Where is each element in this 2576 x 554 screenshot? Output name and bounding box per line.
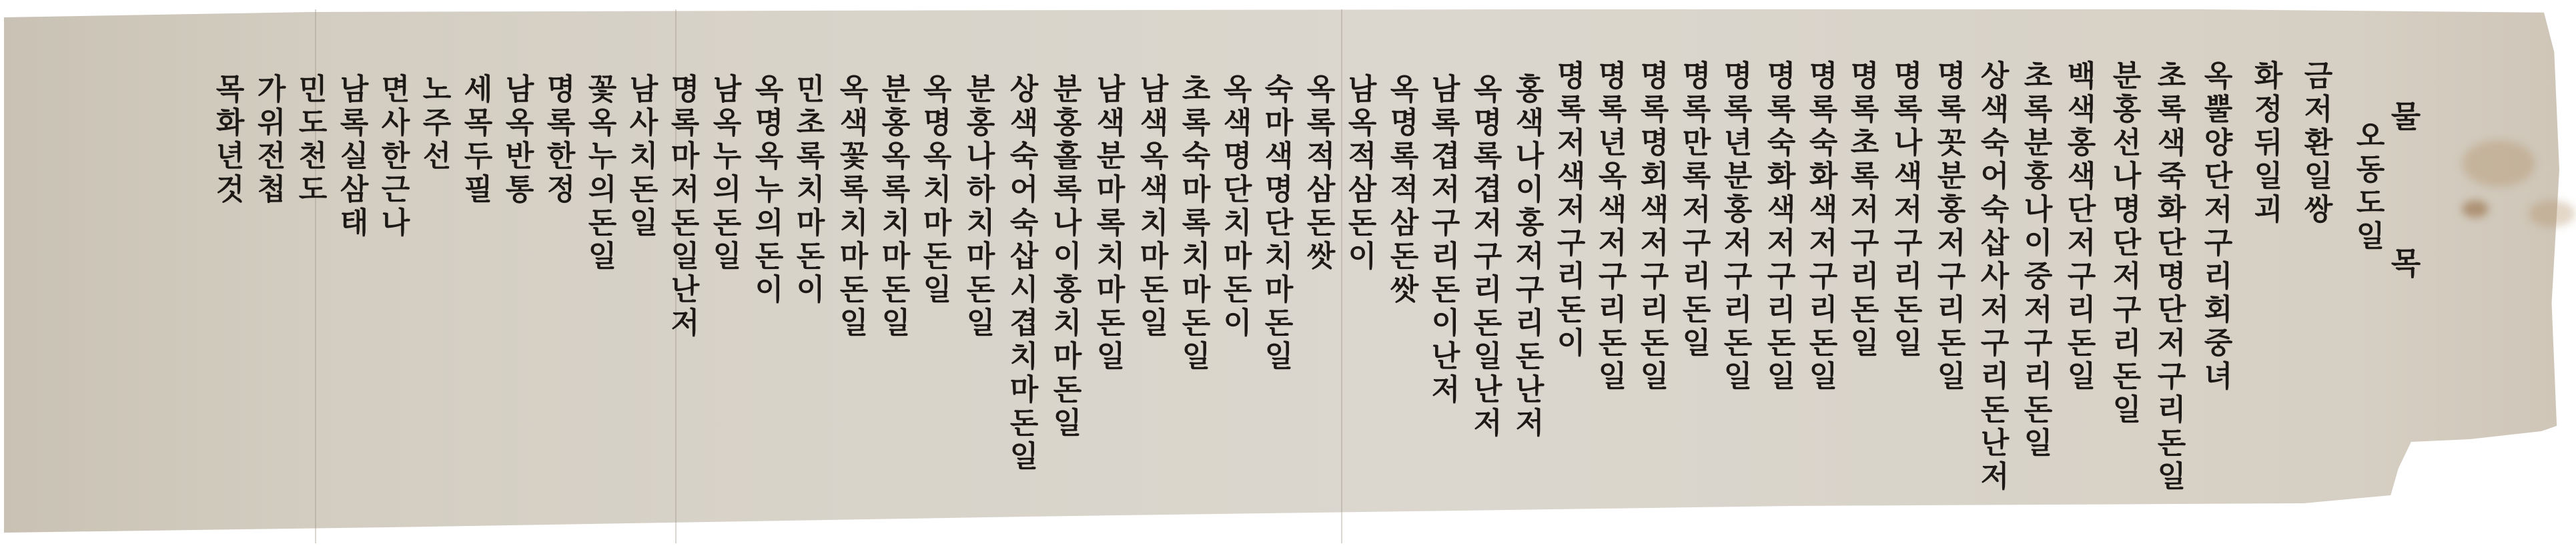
- text-column: 분홍옥록치마돈일: [878, 73, 907, 340]
- text-column: 명록한정: [543, 73, 572, 207]
- text-column: 옥색명단치마돈이: [1220, 73, 1249, 340]
- text-column: 명록숙화색저구리돈일: [1805, 60, 1835, 394]
- text-column: 남록실삼태: [336, 73, 366, 240]
- text-column: 남옥적삼돈이: [1344, 73, 1374, 274]
- text-column: 분홍선나명단저구리돈일: [2109, 60, 2138, 427]
- text-column: 명록숙화색저구리돈일: [1763, 60, 1793, 394]
- text-column: 명록마저돈일난저: [667, 73, 697, 340]
- text-column: 가위전첩: [254, 73, 283, 207]
- text-column: 옥명옥치마돈일: [919, 73, 949, 307]
- text-column: 옥명록적삼돈쌋: [1386, 73, 1416, 307]
- text-column: 금저환일쌍: [2300, 60, 2330, 227]
- text-column: 명록초록저구리돈일: [1847, 60, 1876, 360]
- text-column: 민도천도: [295, 73, 324, 207]
- document-title: 물 목: [2389, 100, 2419, 318]
- text-column: 꽃옥누의돈일: [584, 73, 614, 274]
- text-column: 명록꼿분홍저구리돈일: [1934, 60, 1963, 394]
- text-column: 홍색나이홍저구리돈난저: [1512, 73, 1541, 441]
- text-column: 화정뒤일괴: [2250, 60, 2280, 227]
- text-column: 남색분마록치마돈일: [1093, 73, 1122, 374]
- ink-spot: [2462, 200, 2489, 218]
- water-stain: [2529, 200, 2575, 227]
- text-column: 상색숙어숙삽시겹치마돈일: [1006, 73, 1035, 474]
- water-stain: [2462, 140, 2535, 187]
- text-column: 옥명록겹저구리돈일난저: [1470, 73, 1499, 441]
- text-column: 분홍나하치마돈일: [963, 73, 992, 340]
- text-column: 세목두필: [460, 73, 490, 207]
- text-column: 면사한근나: [378, 73, 407, 240]
- text-column: 상색숙어숙삽사저구리돈난저: [1977, 60, 2006, 494]
- text-column: 초록숙마록치마돈일: [1178, 73, 1208, 374]
- text-column: 숙마색명단치마돈일: [1261, 73, 1290, 374]
- text-column: 명록년분홍저구리돈일: [1720, 60, 1749, 394]
- text-column: 명록만록저구리돈일: [1679, 60, 1708, 360]
- text-column: 옥색꽃록치마돈일: [836, 73, 865, 340]
- text-column: 남록겹저구리돈이난저: [1428, 73, 1457, 407]
- text-column: 명록년옥색저구리돈일: [1595, 60, 1624, 394]
- text-column: 명록저색저구리돈이: [1553, 60, 1583, 360]
- text-column: 명록명회색저구리돈일: [1637, 60, 1666, 394]
- text-column: 남사치돈일: [626, 73, 655, 240]
- text-column: 명록나색저구리돈일: [1890, 60, 1919, 360]
- text-column: 분홍홀록나이홍치마돈일: [1049, 73, 1079, 441]
- text-column: 남옥누의돈일: [709, 73, 739, 274]
- text-column: 초록분홍나이중저구리돈일: [2020, 60, 2050, 461]
- text-column: 옥뿔양단저구리회중녀: [2200, 60, 2230, 394]
- text-column: 옥록적삼돈쌋: [1303, 73, 1332, 274]
- text-column: 오동도일: [2352, 120, 2382, 254]
- text-column: 초록색죽화단명단저구리돈일: [2154, 60, 2183, 494]
- text-column: 남색옥색치마돈일: [1136, 73, 1166, 340]
- text-column: 옥명옥누의돈이: [751, 73, 781, 307]
- text-column: 민초록치마돈이: [793, 73, 822, 307]
- text-column: 남옥반통: [502, 73, 531, 207]
- text-column: 노주선: [419, 73, 448, 174]
- text-column: 목화년것: [212, 73, 242, 207]
- text-column: 백색홍색단저구리돈일: [2064, 60, 2093, 394]
